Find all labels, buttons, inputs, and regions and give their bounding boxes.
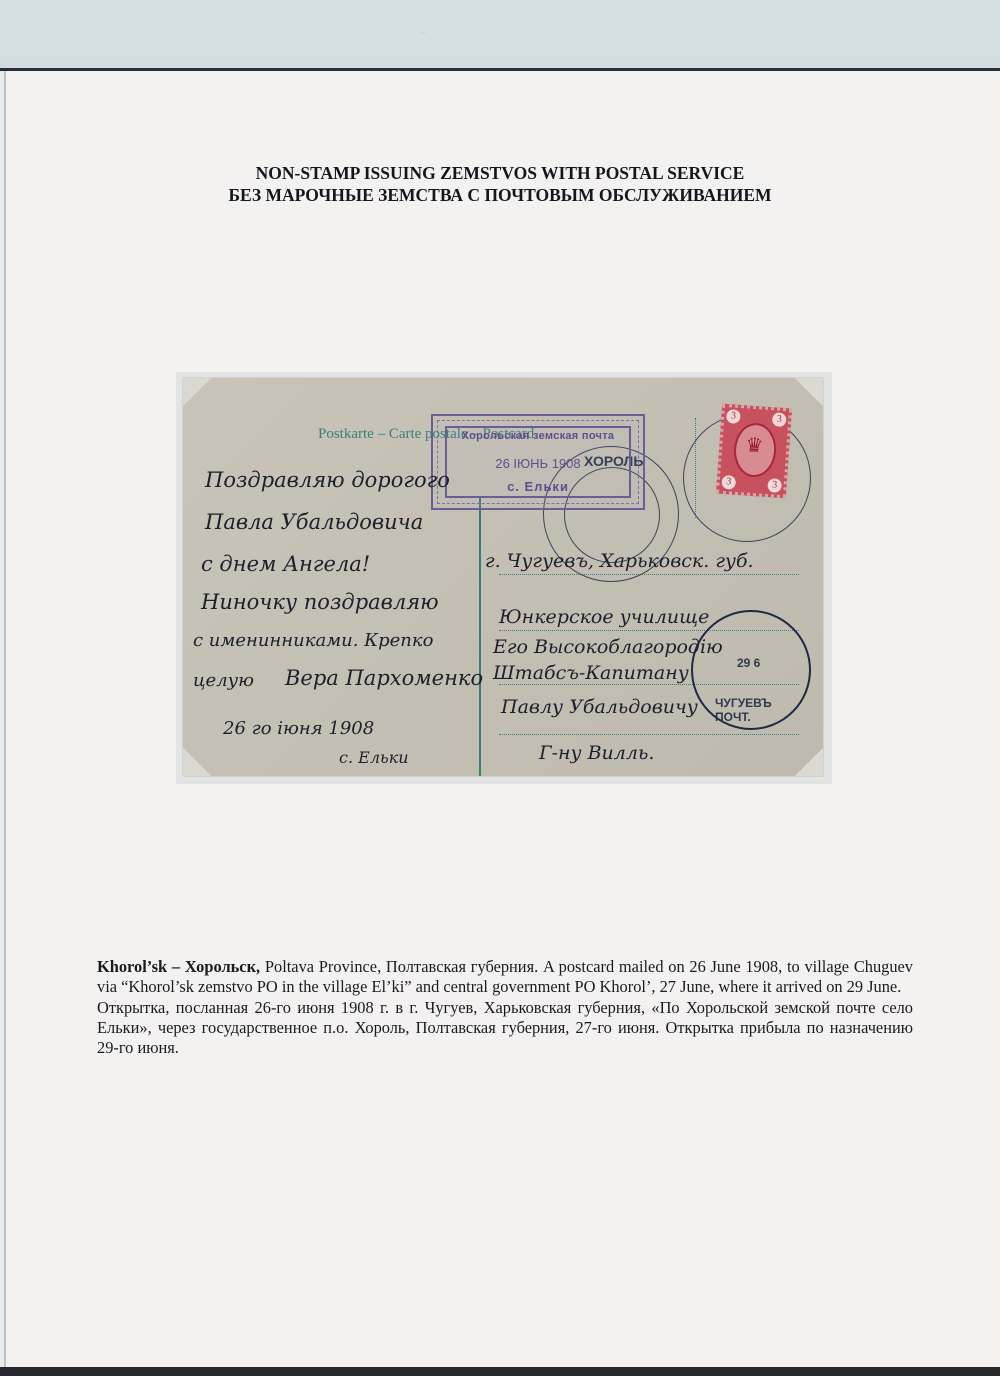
place-name: Khorol’sk – Хорольск,	[97, 957, 260, 976]
mount-corner	[795, 748, 823, 776]
mount-corner	[795, 378, 823, 406]
card-divider	[479, 496, 481, 776]
album-page-bottom-band	[0, 1367, 1000, 1376]
message-line: с днем Ангела!	[201, 552, 370, 576]
message-line: Поздравляю дорогого	[205, 468, 450, 492]
postage-stamp: ♛ 3 3 3 3	[716, 404, 792, 499]
address-rule	[499, 574, 799, 575]
title-english: NON-STAMP ISSUING ZEMSTVOS WITH POSTAL S…	[0, 162, 1000, 184]
message-line: целую	[193, 670, 254, 691]
eagle-icon: ♛	[722, 431, 788, 460]
address-line: Его Высокоблагородію	[493, 636, 723, 658]
zemstvo-cachet: Хорольская земская почта 26 ІЮНЬ 1908 с.…	[431, 414, 645, 510]
address-line: Штабсъ-Капитану	[493, 662, 689, 684]
description: Khorol’sk – Хорольск, Poltava Province, …	[97, 957, 913, 1058]
mount-corner	[183, 378, 211, 406]
address-line: Г-ну Вилль.	[539, 742, 654, 764]
message-date: 26 го іюня 1908	[223, 718, 374, 739]
album-page-top-band: ~	[0, 0, 1000, 71]
address-line: Павлу Убальдовичу	[501, 696, 698, 718]
message-line: Павла Убальдовича	[205, 510, 423, 534]
description-russian: Открытка, посланная 26-го июня 1908 г. в…	[97, 998, 913, 1059]
address-line: г. Чугуевъ, Харьковск. губ.	[485, 550, 754, 572]
address-rule	[499, 734, 799, 735]
postcard: Postkarte – Carte postale – Postcard ХОР…	[183, 378, 823, 776]
pencil-annotation: ~	[420, 28, 426, 38]
chuguev-arrival-postmark: ЧУГУЕВЪ ПОЧТ. 29 6	[691, 610, 811, 730]
description-english: Khorol’sk – Хорольск, Poltava Province, …	[97, 957, 913, 998]
page-title: NON-STAMP ISSUING ZEMSTVOS WITH POSTAL S…	[0, 162, 1000, 206]
message-signature: Вера Пархоменко	[285, 666, 483, 690]
message-place: с. Ельки	[339, 748, 409, 767]
mount-corner	[183, 748, 211, 776]
message-line: Ниночку поздравляю	[201, 590, 439, 614]
message-line: с именинниками. Крепко	[193, 630, 433, 651]
title-russian: БЕЗ МАРОЧНЫЕ ЗЕМСТВА С ПОЧТОВЫМ ОБСЛУЖИВ…	[0, 184, 1000, 206]
address-line: Юнкерское училище	[499, 606, 709, 628]
